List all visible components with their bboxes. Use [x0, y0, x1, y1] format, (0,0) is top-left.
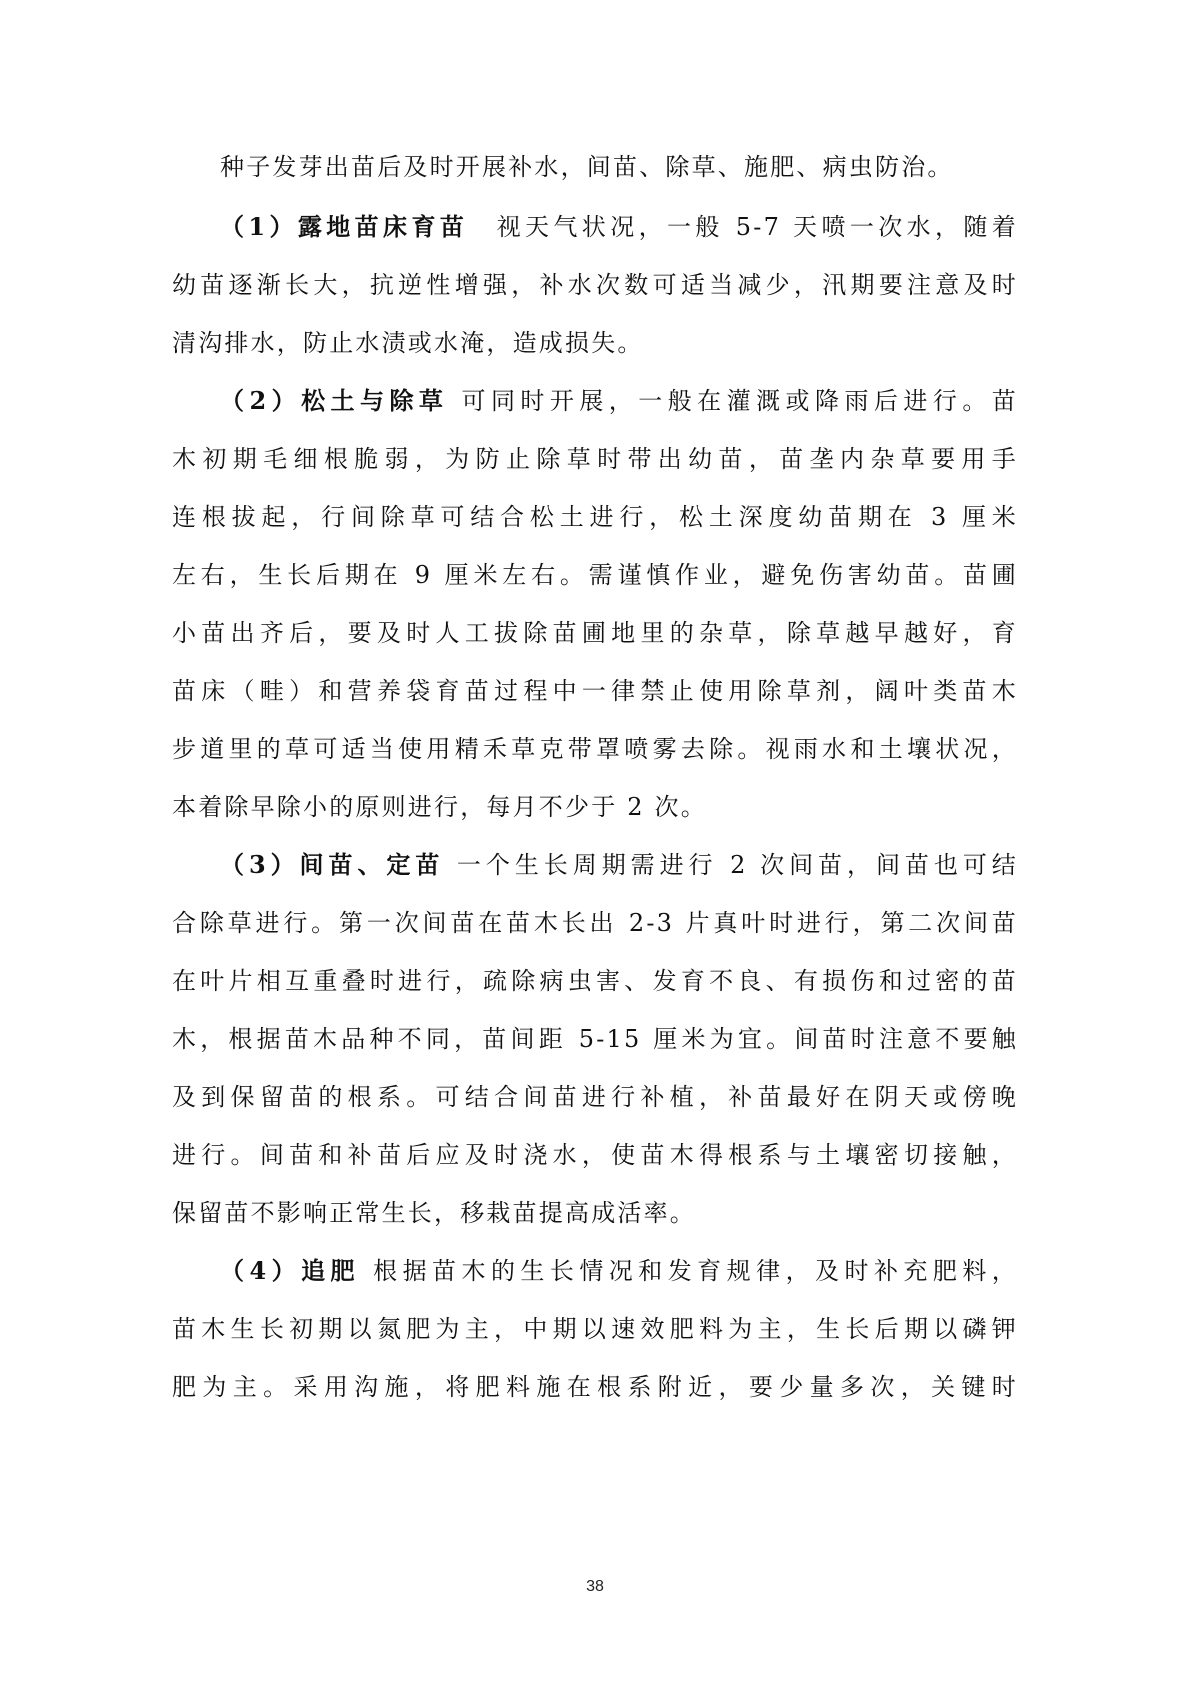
- text-line: 进行。间苗和补苗后应及时浇水，使苗木得根系与土壤密切接触，: [172, 1140, 1018, 1170]
- line-text: 进行。间苗和补苗后应及时浇水，使苗木得根系与土壤密切接触，: [172, 1141, 1018, 1169]
- text-line: 肥为主。采用沟施，将肥料施在根系附近，要少量多次，关键时: [172, 1372, 1018, 1402]
- line-text: 苗木生长初期以氮肥为主，中期以速效肥料为主，生长后期以磷钾: [172, 1315, 1018, 1343]
- text-line: 连根拔起，行间除草可结合松土进行，松土深度幼苗期在 3 厘米: [172, 502, 1018, 532]
- text-line: 清沟排水，防止水渍或水淹，造成损失。: [172, 328, 1018, 358]
- text-line: 木，根据苗木品种不同，苗间距 5-15 厘米为宜。间苗时注意不要触: [172, 1024, 1018, 1054]
- text-line: 木初期毛细根脆弱，为防止除草时带出幼苗，苗垄内杂草要用手: [172, 444, 1018, 474]
- text-line: 种子发芽出苗后及时开展补水，间苗、除草、施肥、病虫防治。: [220, 152, 1018, 182]
- line-text: 左右，生长后期在 9 厘米左右。需谨慎作业，避免伤害幼苗。苗圃: [172, 561, 1018, 589]
- line-text: 苗床（畦）和营养袋育苗过程中一律禁止使用除草剂，阔叶类苗木: [172, 677, 1018, 705]
- text-line: 本着除早除小的原则进行，每月不少于 2 次。: [172, 792, 1018, 822]
- section-heading: （1）露地苗床育苗: [220, 212, 468, 241]
- line-text: 步道里的草可适当使用精禾草克带罩喷雾去除。视雨水和土壤状况，: [172, 735, 1018, 763]
- line-text: 及到保留苗的根系。可结合间苗进行补植，补苗最好在阴天或傍晚: [172, 1083, 1018, 1111]
- text-line: 保留苗不影响正常生长，移栽苗提高成活率。: [172, 1198, 1018, 1228]
- text-line: 合除草进行。第一次间苗在苗木长出 2-3 片真叶时进行，第二次间苗: [172, 908, 1018, 938]
- section-heading: （3）间苗、定苗: [220, 850, 444, 879]
- text-line: （2）松土与除草 可同时开展，一般在灌溉或降雨后进行。苗: [220, 386, 1018, 416]
- text-line: （4）追肥 根据苗木的生长情况和发育规律，及时补充肥料，: [220, 1256, 1018, 1286]
- section-heading: （4）追肥: [220, 1256, 360, 1285]
- line-text: 在叶片相互重叠时进行，疏除病虫害、发育不良、有损伤和过密的苗: [172, 967, 1018, 995]
- text-line: 幼苗逐渐长大，抗逆性增强，补水次数可适当减少，汛期要注意及时: [172, 270, 1018, 300]
- line-text: 小苗出齐后，要及时人工拔除苗圃地里的杂草，除草越早越好，育: [172, 619, 1018, 647]
- text-line: 小苗出齐后，要及时人工拔除苗圃地里的杂草，除草越早越好，育: [172, 618, 1018, 648]
- text-line: 步道里的草可适当使用精禾草克带罩喷雾去除。视雨水和土壤状况，: [172, 734, 1018, 764]
- section-heading: （2）松土与除草: [220, 386, 448, 415]
- line-text: 木初期毛细根脆弱，为防止除草时带出幼苗，苗垄内杂草要用手: [172, 445, 1018, 473]
- text-line: 及到保留苗的根系。可结合间苗进行补植，补苗最好在阴天或傍晚: [172, 1082, 1018, 1112]
- line-text: 视天气状况，一般 5-7 天喷一次水，随着: [468, 213, 1018, 241]
- text-line: 左右，生长后期在 9 厘米左右。需谨慎作业，避免伤害幼苗。苗圃: [172, 560, 1018, 590]
- line-text: 种子发芽出苗后及时开展补水，间苗、除草、施肥、病虫防治。: [220, 153, 954, 181]
- line-text: 木，根据苗木品种不同，苗间距 5-15 厘米为宜。间苗时注意不要触: [172, 1025, 1018, 1053]
- line-text: 可同时开展，一般在灌溉或降雨后进行。苗: [448, 387, 1018, 415]
- text-line: （1）露地苗床育苗 视天气状况，一般 5-7 天喷一次水，随着: [220, 212, 1018, 242]
- line-text: 本着除早除小的原则进行，每月不少于 2 次。: [172, 793, 707, 821]
- text-line: （3）间苗、定苗 一个生长周期需进行 2 次间苗，间苗也可结: [220, 850, 1018, 880]
- line-text: 保留苗不影响正常生长，移栽苗提高成活率。: [172, 1199, 696, 1227]
- page-number: 38: [0, 1578, 1190, 1596]
- text-line: 苗床（畦）和营养袋育苗过程中一律禁止使用除草剂，阔叶类苗木: [172, 676, 1018, 706]
- text-line: 苗木生长初期以氮肥为主，中期以速效肥料为主，生长后期以磷钾: [172, 1314, 1018, 1344]
- line-text: 肥为主。采用沟施，将肥料施在根系附近，要少量多次，关键时: [172, 1373, 1018, 1401]
- line-text: 清沟排水，防止水渍或水淹，造成损失。: [172, 329, 644, 357]
- text-line: 在叶片相互重叠时进行，疏除病虫害、发育不良、有损伤和过密的苗: [172, 966, 1018, 996]
- line-text: 幼苗逐渐长大，抗逆性增强，补水次数可适当减少，汛期要注意及时: [172, 271, 1018, 299]
- line-text: 根据苗木的生长情况和发育规律，及时补充肥料，: [360, 1257, 1018, 1285]
- line-text: 合除草进行。第一次间苗在苗木长出 2-3 片真叶时进行，第二次间苗: [172, 909, 1018, 937]
- line-text: 连根拔起，行间除草可结合松土进行，松土深度幼苗期在 3 厘米: [172, 503, 1018, 531]
- line-text: 一个生长周期需进行 2 次间苗，间苗也可结: [444, 851, 1018, 879]
- document-page: 种子发芽出苗后及时开展补水，间苗、除草、施肥、病虫防治。（1）露地苗床育苗 视天…: [0, 0, 1190, 1683]
